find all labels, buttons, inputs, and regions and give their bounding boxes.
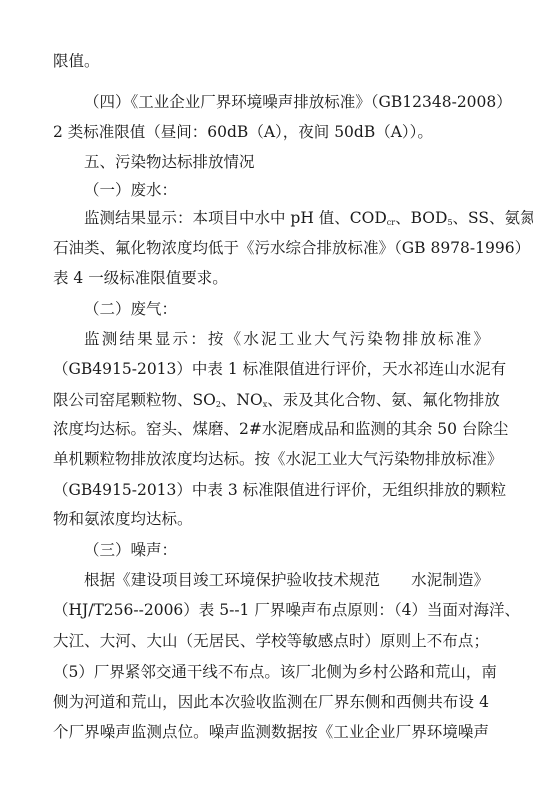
text-line-gas-kiln-head: 浓度均达标。窑头、煤磨、2#水泥磨成品和监测的其余 50 台除尘 — [53, 419, 489, 439]
text-line-gas-pollutants: 限公司窑尾颗粒物、SO2、NOx、汞及其化合物、氨、氟化物排放 — [53, 390, 489, 410]
text-fragment: 监测结果显示：本项目中水中 pH 值、COD — [84, 209, 387, 227]
text-line-standard-4: （四）《工业企业厂界环境噪声排放标准》（GB12348-2008） — [84, 92, 489, 112]
text-fragment: 、BOD — [395, 209, 447, 227]
text-line-noise-principle4: （HJ/T256--2006）表 5--1 厂界噪声布点原则：（4）当面对海洋、 — [53, 600, 489, 620]
text-line-limit-value: 限值。 — [53, 51, 100, 71]
text-line-gas-fugitive: 物和氨浓度均达标。 — [53, 509, 193, 529]
text-fragment: 、SS、氨氮、 — [453, 209, 533, 227]
text-fragment: 、汞及其化合物、氨、氟化物排放 — [267, 391, 500, 409]
text-line-gas-results: 监测结果显示：按《水泥工业大气污染物排放标准》 — [84, 329, 489, 349]
text-line-noise-principle5: （5）厂界紧邻交通干线不布点。该厂北侧为乡村公路和荒山，南 — [53, 662, 489, 682]
text-line-gas-table3: （GB4915-2013）中表 3 标准限值进行评价，无组织排放的颗粒 — [53, 480, 489, 500]
text-line-wastewater-standard: 石油类、氟化物浓度均低于《污水综合排放标准》（GB 8978-1996） — [53, 238, 489, 258]
text-fragment: 限公司窑尾颗粒物、SO — [53, 391, 216, 409]
text-line-class2-limits: 2 类标准限值（昼间：60dB（A），夜间 50dB（A））。 — [53, 122, 433, 142]
text-line-gas-dust-collectors: 单机颗粒物排放浓度均达标。按《水泥工业大气污染物排放标准》 — [53, 449, 489, 469]
subscript-cr: cr — [387, 218, 395, 227]
text-line-wastewater-results: 监测结果显示：本项目中水中 pH 值、CODcr、BOD5、SS、氨氮、 — [84, 208, 489, 228]
text-line-noise-no-points: 大江、大河、大山（无居民、学校等敏感点时）原则上不布点； — [53, 631, 489, 651]
section-heading-pollutant-discharge: 五、污染物达标排放情况 — [84, 152, 255, 172]
text-line-noise-spec: 根据《建设项目竣工环境保护验收技术规范 水泥制造》 — [84, 570, 489, 590]
text-line-gas-table1: （GB4915-2013）中表 1 标准限值进行评价，天水祁连山水泥有 — [53, 359, 489, 379]
subheading-wastewater: （一）废水： — [84, 180, 177, 200]
text-fragment: 、NO — [221, 391, 263, 409]
text-line-wastewater-table: 表 4 一级标准限值要求。 — [53, 268, 228, 288]
text-line-noise-monitoring: 个厂界噪声监测点位。噪声监测数据按《工业企业厂界环境噪声 — [53, 722, 489, 742]
subheading-noise: （三）噪声： — [84, 540, 177, 560]
text-line-noise-layout: 侧为河道和荒山，因此本次验收监测在厂界东侧和西侧共布设 4 — [53, 692, 489, 712]
subheading-exhaust-gas: （二）废气： — [84, 299, 177, 319]
